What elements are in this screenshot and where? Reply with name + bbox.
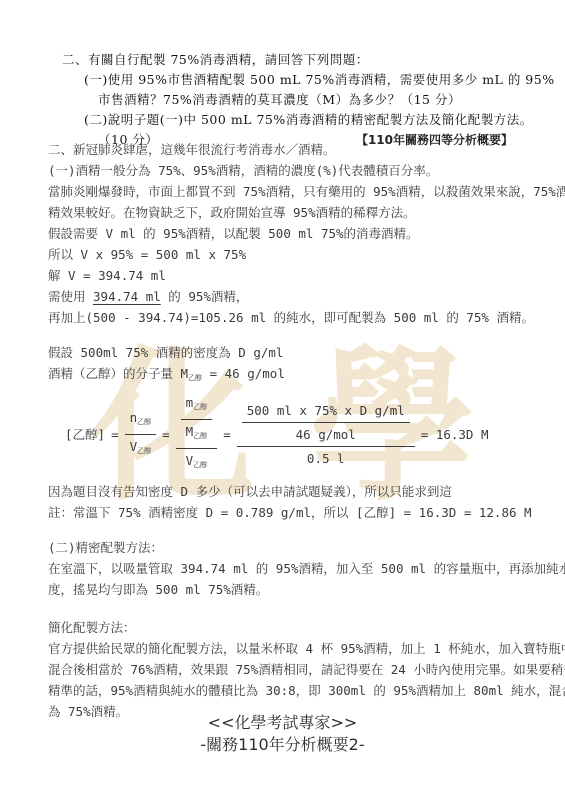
mw-prefix: 酒精（乙醇）的分子量 M (48, 366, 188, 381)
inner-fraction-m-over-M: m乙醇 M乙醇 (181, 392, 213, 447)
solution-line: 所以 V x 95% = 500 ml x 75% (48, 244, 525, 265)
inner-fraction-mass: 500 ml x 75% x D g/ml 46 g/mol (242, 400, 410, 445)
fraction-numerator: n乙醇 (125, 407, 157, 435)
fraction-denominator: V乙醇 (130, 435, 152, 462)
note-line: 因為題目沒有告知密度 D 多少（可以去申請試題疑義），所以只能求到這 (48, 481, 525, 502)
exam-question-block: 二、有關自行配製 75%消毒酒精，請回答下列問題： (一)使用 95%市售酒精配… (62, 50, 513, 150)
solution-block: 二、新冠肺炎肆虐，這幾年很流行考消毒水／酒精。 (一)酒精一般分為 75%、95… (48, 139, 525, 722)
inner-denominator: M乙醇 (186, 420, 208, 447)
fraction-n-over-v: n乙醇 V乙醇 (125, 407, 157, 462)
molecular-weight-line: 酒精（乙醇）的分子量 M乙醇 = 46 g/mol (48, 363, 525, 389)
fraction-numerator: 500 ml x 75% x D g/ml 46 g/mol (237, 400, 415, 447)
need-use-underlined-value: 394.74 ml (93, 289, 161, 304)
need-use-prefix: 需使用 (48, 289, 93, 304)
inner-denominator: 46 g/mol (296, 423, 356, 445)
solution-add-water-line: 再加上(500 - 394.74)=105.26 ml 的純水，即可配製為 50… (48, 307, 525, 328)
formula-result: = 16.3D M (421, 424, 489, 445)
footer-doc-title: -關務110年分析概要2- (0, 734, 565, 756)
equals-sign: = (162, 424, 170, 445)
spacer (48, 600, 525, 617)
question-sub1: (一)使用 95%市售酒精配製 500 mL 75%消毒酒精，需要使用多少 mL… (84, 70, 513, 90)
note-line: 註：常溫下 75% 酒精密度 D = 0.789 g/ml，所以 [乙醇] = … (48, 502, 525, 523)
simplified-method-line: 混合後相當於 76%酒精，效果跟 75%酒精相同，請記得要在 24 小時內使用完… (48, 659, 525, 680)
fraction-m-over-M-over-v: m乙醇 M乙醇 V乙醇 (176, 392, 218, 476)
footer-brand: <<化學考試專家>> (0, 712, 565, 734)
document-page: { "watermark": { "text": "化學", "color": … (0, 0, 565, 800)
fraction-numerator: m乙醇 M乙醇 (176, 392, 218, 449)
solution-line: (一)酒精一般分為 75%、95%酒精，酒精的濃度(%)代表體積百分率。 (48, 160, 525, 181)
part2-title: (二)精密配製方法： (48, 537, 525, 558)
part2-line: 度，搖晃均勻即為 500 ml 75%酒精。 (48, 579, 525, 600)
part2-line: 在室溫下，以吸量管取 394.74 ml 的 95%酒精，加入至 500 ml … (48, 558, 525, 579)
question-sub1-cont: 市售酒精？75%消毒酒精的莫耳濃度（M）為多少？（15 分） (98, 90, 513, 110)
solution-line: 精效果較好。在物資缺乏下，政府開始宣導 95%酒精的稀釋方法。 (48, 202, 525, 223)
simplified-method-line: 官方提供給民眾的簡化配製方法，以量米杯取 4 杯 95%酒精，加上 1 杯純水，… (48, 638, 525, 659)
solution-line: 二、新冠肺炎肆虐，這幾年很流行考消毒水／酒精。 (48, 139, 525, 160)
fraction-numeric: 500 ml x 75% x D g/ml 46 g/mol 0.5 l (237, 400, 415, 469)
fraction-denominator: V乙醇 (186, 449, 208, 476)
fraction-denominator: 0.5 l (307, 447, 345, 469)
page-footer: <<化學考試專家>> -關務110年分析概要2- (0, 712, 565, 756)
inner-numerator: m乙醇 (181, 392, 213, 420)
solution-line: 解 V = 394.74 ml (48, 265, 525, 286)
equals-sign: = (223, 424, 231, 445)
solution-need-use-line: 需使用 394.74 ml 的 95%酒精， (48, 286, 525, 307)
molarity-formula: [乙醇] = n乙醇 V乙醇 = m乙醇 M乙醇 V乙醇 = 500 ml x … (62, 392, 525, 476)
mw-suffix: = 46 g/mol (202, 366, 285, 381)
spacer (48, 328, 525, 342)
spacer (48, 523, 525, 537)
solution-line: 假設需要 V ml 的 95%酒精，以配製 500 ml 75%的消毒酒精。 (48, 223, 525, 244)
solution-line: 當肺炎剛爆發時，市面上都買不到 75%酒精，只有藥用的 95%酒精，以殺菌效果來… (48, 181, 525, 202)
question-heading: 二、有關自行配製 75%消毒酒精，請回答下列問題： (62, 50, 513, 70)
simplified-method-title: 簡化配製方法： (48, 617, 525, 638)
simplified-method-line: 精準的話，95%酒精與純水的體積比為 30:8，即 300ml 的 95%酒精加… (48, 680, 525, 701)
formula-lhs: [乙醇] (65, 424, 105, 445)
inner-numerator: 500 ml x 75% x D g/ml (242, 400, 410, 423)
equals-sign: = (111, 424, 119, 445)
mw-subscript: 乙醇 (188, 374, 202, 382)
need-use-suffix: 的 95%酒精， (161, 289, 249, 304)
density-assumption-line: 假設 500ml 75% 酒精的密度為 D g/ml (48, 342, 525, 363)
question-sub2: (二)說明子題(一)中 500 mL 75%消毒酒精的精密配製方法及簡化配製方法… (84, 110, 513, 130)
